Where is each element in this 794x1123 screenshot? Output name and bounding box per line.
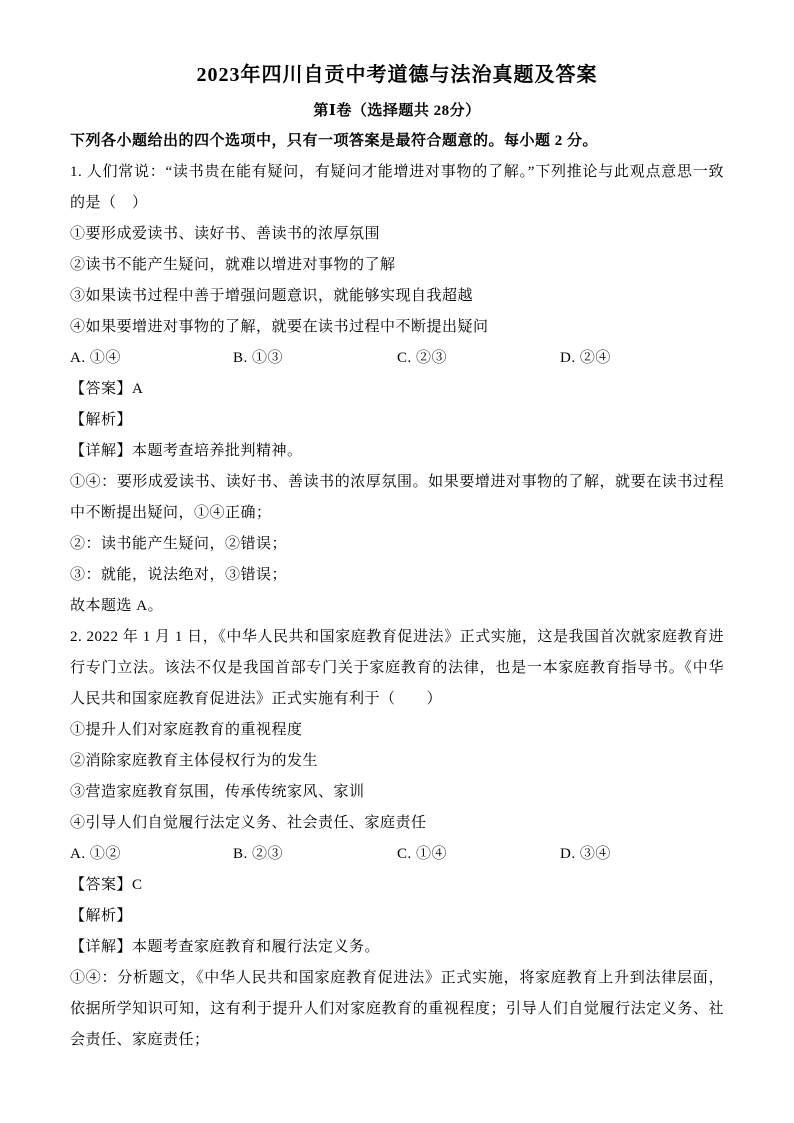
- question-1-explanation-3: ②：读书能产生疑问，②错误；: [70, 529, 724, 560]
- question-1: 1. 人们常说：“读书贵在能有疑问，有疑问才能增进对事物的了解。”下列推论与此观…: [70, 157, 724, 622]
- question-2-options-row: A. ①② B. ②③ C. ①④ D. ③④: [70, 839, 724, 870]
- question-2-answer: 【答案】C: [70, 870, 724, 901]
- section-heading: 第Ⅰ卷（选择题共 28分）: [70, 96, 724, 126]
- question-1-statement-4: ④如果要增进对事物的了解，就要在读书过程中不断提出疑问: [70, 312, 724, 343]
- question-2-statement-4: ④引导人们自觉履行法定义务、社会责任、家庭责任: [70, 808, 724, 839]
- question-1-statement-2: ②读书不能产生疑问，就难以增进对事物的了解: [70, 250, 724, 281]
- question-1-option-b: B. ①③: [233, 343, 283, 374]
- exam-instruction: 下列各小题给出的四个选项中，只有一项答案是最符合题意的。每小题 2 分。: [70, 126, 724, 157]
- question-2-explanation-2: ①④：分析题文，《中华人民共和国家庭教育促进法》正式实施，将家庭教育上升到法律层…: [70, 963, 724, 1056]
- question-2-option-a: A. ①②: [70, 839, 121, 870]
- question-1-explanation-4: ③：就能，说法绝对，③错误；: [70, 560, 724, 591]
- question-1-explanation-1: 【详解】本题考查培养批判精神。: [70, 436, 724, 467]
- question-2-statement-3: ③营造家庭教育氛围，传承传统家风、家训: [70, 777, 724, 808]
- question-2-statement-1: ①提升人们对家庭教育的重视程度: [70, 715, 724, 746]
- question-2-option-d: D. ③④: [560, 839, 611, 870]
- question-1-option-c: C. ②③: [397, 343, 447, 374]
- question-2: 2. 2022 年 1 月 1 日，《中华人民共和国家庭教育促进法》正式实施，这…: [70, 622, 724, 1056]
- question-1-option-d: D. ②④: [560, 343, 611, 374]
- question-1-explanation-2: ①④：要形成爱读书、读好书、善读书的浓厚氛围。如果要增进对事物的了解，就要在读书…: [70, 467, 724, 529]
- question-2-option-c: C. ①④: [397, 839, 447, 870]
- question-2-statement-2: ②消除家庭教育主体侵权行为的发生: [70, 746, 724, 777]
- question-1-options-row: A. ①④ B. ①③ C. ②③ D. ②④: [70, 343, 724, 374]
- exam-document-page: 2023年四川自贡中考道德与法治真题及答案 第Ⅰ卷（选择题共 28分） 下列各小…: [0, 0, 794, 1123]
- question-2-option-b: B. ②③: [233, 839, 283, 870]
- question-2-stem: 2. 2022 年 1 月 1 日，《中华人民共和国家庭教育促进法》正式实施，这…: [70, 622, 724, 715]
- question-1-option-a: A. ①④: [70, 343, 121, 374]
- question-1-analysis-label: 【解析】: [70, 405, 724, 436]
- question-1-stem: 1. 人们常说：“读书贵在能有疑问，有疑问才能增进对事物的了解。”下列推论与此观…: [70, 157, 724, 219]
- question-1-statement-1: ①要形成爱读书、读好书、善读书的浓厚氛围: [70, 219, 724, 250]
- document-title: 2023年四川自贡中考道德与法治真题及答案: [70, 60, 724, 90]
- question-2-explanation-1: 【详解】本题考查家庭教育和履行法定义务。: [70, 932, 724, 963]
- question-2-analysis-label: 【解析】: [70, 901, 724, 932]
- question-1-explanation-5: 故本题选 A。: [70, 591, 724, 622]
- question-1-answer: 【答案】A: [70, 374, 724, 405]
- question-1-statement-3: ③如果读书过程中善于增强问题意识，就能够实现自我超越: [70, 281, 724, 312]
